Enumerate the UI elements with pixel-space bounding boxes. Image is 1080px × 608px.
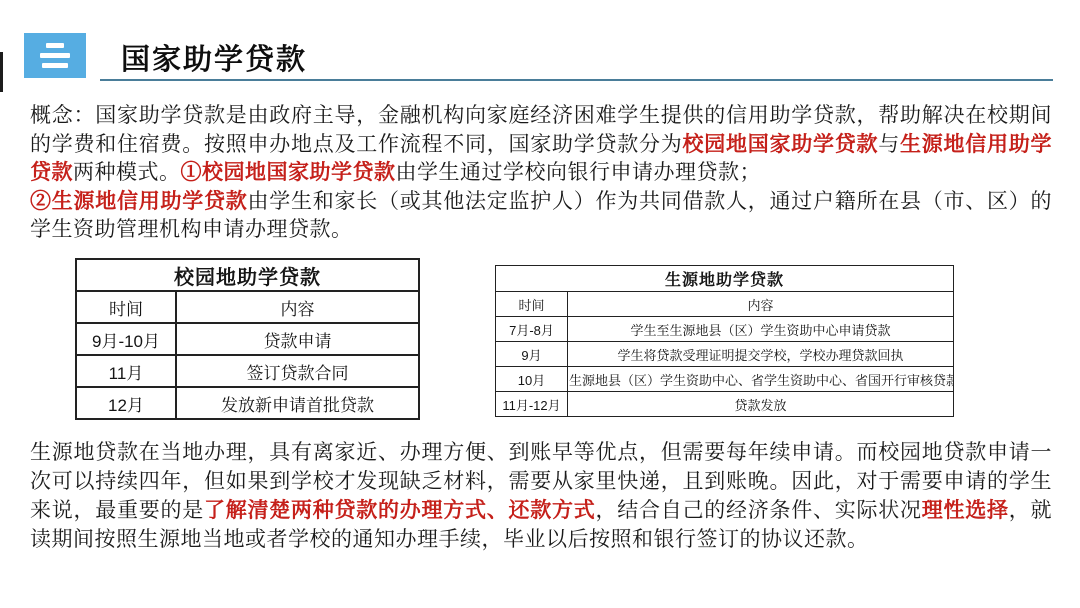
- table-row: 7月-8月 学生至生源地县（区）学生资助中心申请贷款: [496, 317, 954, 342]
- table-header-row: 时间 内容: [76, 291, 419, 323]
- table-row: 10月 生源地县（区）学生资助中心、省学生资助中心、省国开行审核贷款: [496, 367, 954, 392]
- table-title-row: 生源地助学贷款: [496, 266, 954, 292]
- cell-time: 11月: [76, 355, 176, 387]
- cell-content: 发放新申请首批贷款: [176, 387, 419, 419]
- table-row: 12月 发放新申请首批贷款: [76, 387, 419, 419]
- cell-time: 9月-10月: [76, 323, 176, 355]
- intro-text: 与: [878, 132, 900, 156]
- cell-content: 学生将贷款受理证明提交学校，学校办理贷款回执: [568, 342, 954, 367]
- menu-bar-middle: [40, 53, 70, 58]
- left-edge-mark: [0, 52, 3, 92]
- campus-table-title: 校园地助学贷款: [76, 259, 419, 291]
- menu-bar-bottom: [42, 63, 68, 68]
- table-title-row: 校园地助学贷款: [76, 259, 419, 291]
- menu-bars-icon: [24, 33, 86, 78]
- table-row: 9月-10月 贷款申请: [76, 323, 419, 355]
- source-loan-table: 生源地助学贷款 时间 内容 7月-8月 学生至生源地县（区）学生资助中心申请贷款…: [495, 265, 954, 417]
- highlight-rational-choice: 理性选择: [922, 498, 1009, 522]
- slide: 国家助学贷款 概念：国家助学贷款是由政府主导，金融机构向家庭经济困难学生提供的信…: [0, 0, 1080, 608]
- intro-text: 两种模式。: [73, 160, 181, 184]
- intro-text: 由学生通过学校向银行申请办理贷款；: [396, 160, 762, 184]
- source-table-title: 生源地助学贷款: [496, 266, 954, 292]
- concept-segment-2: ②生源地信用助学贷款由学生和家长（或其他法定监护人）作为共同借款人，通过户籍所在…: [30, 187, 1052, 244]
- cell-content: 签订贷款合同: [176, 355, 419, 387]
- highlight-loan-methods: 了解清楚两种贷款的办理方式、还款方式: [204, 498, 596, 522]
- concept-paragraph: 概念：国家助学贷款是由政府主导，金融机构向家庭经济困难学生提供的信用助学贷款，帮…: [30, 101, 1052, 244]
- summary-paragraph: 生源地贷款在当地办理，具有离家近、办理方便、到账早等优点，但需要每年续申请。而校…: [30, 438, 1052, 554]
- concept-segment-1: 概念：国家助学贷款是由政府主导，金融机构向家庭经济困难学生提供的信用助学贷款，帮…: [30, 101, 1052, 187]
- highlight-campus-loan-item1: ①校园地国家助学贷款: [181, 160, 396, 184]
- col-header-content: 内容: [568, 292, 954, 317]
- highlight-campus-loan: 校园地国家助学贷款: [683, 132, 879, 156]
- campus-loan-table: 校园地助学贷款 时间 内容 9月-10月 贷款申请 11月 签订贷款合同 12月…: [75, 258, 420, 420]
- cell-time: 12月: [76, 387, 176, 419]
- summary-text: ，结合自己的经济条件、实际状况: [596, 498, 922, 522]
- cell-time: 9月: [496, 342, 568, 367]
- col-header-time: 时间: [496, 292, 568, 317]
- table-row: 11月 签订贷款合同: [76, 355, 419, 387]
- table-row: 11月-12月 贷款发放: [496, 392, 954, 417]
- title-underline: [100, 79, 1053, 81]
- table-header-row: 时间 内容: [496, 292, 954, 317]
- cell-content: 生源地县（区）学生资助中心、省学生资助中心、省国开行审核贷款: [568, 367, 954, 392]
- menu-bar-top: [46, 43, 64, 48]
- col-header-time: 时间: [76, 291, 176, 323]
- cell-time: 11月-12月: [496, 392, 568, 417]
- cell-content: 贷款申请: [176, 323, 419, 355]
- cell-time: 7月-8月: [496, 317, 568, 342]
- table-row: 9月 学生将贷款受理证明提交学校，学校办理贷款回执: [496, 342, 954, 367]
- summary-text-block: 生源地贷款在当地办理，具有离家近、办理方便、到账早等优点，但需要每年续申请。而校…: [30, 438, 1052, 554]
- col-header-content: 内容: [176, 291, 419, 323]
- cell-time: 10月: [496, 367, 568, 392]
- page-title: 国家助学贷款: [121, 37, 307, 78]
- cell-content: 贷款发放: [568, 392, 954, 417]
- highlight-source-loan-item2: ②生源地信用助学贷款: [30, 189, 248, 213]
- cell-content: 学生至生源地县（区）学生资助中心申请贷款: [568, 317, 954, 342]
